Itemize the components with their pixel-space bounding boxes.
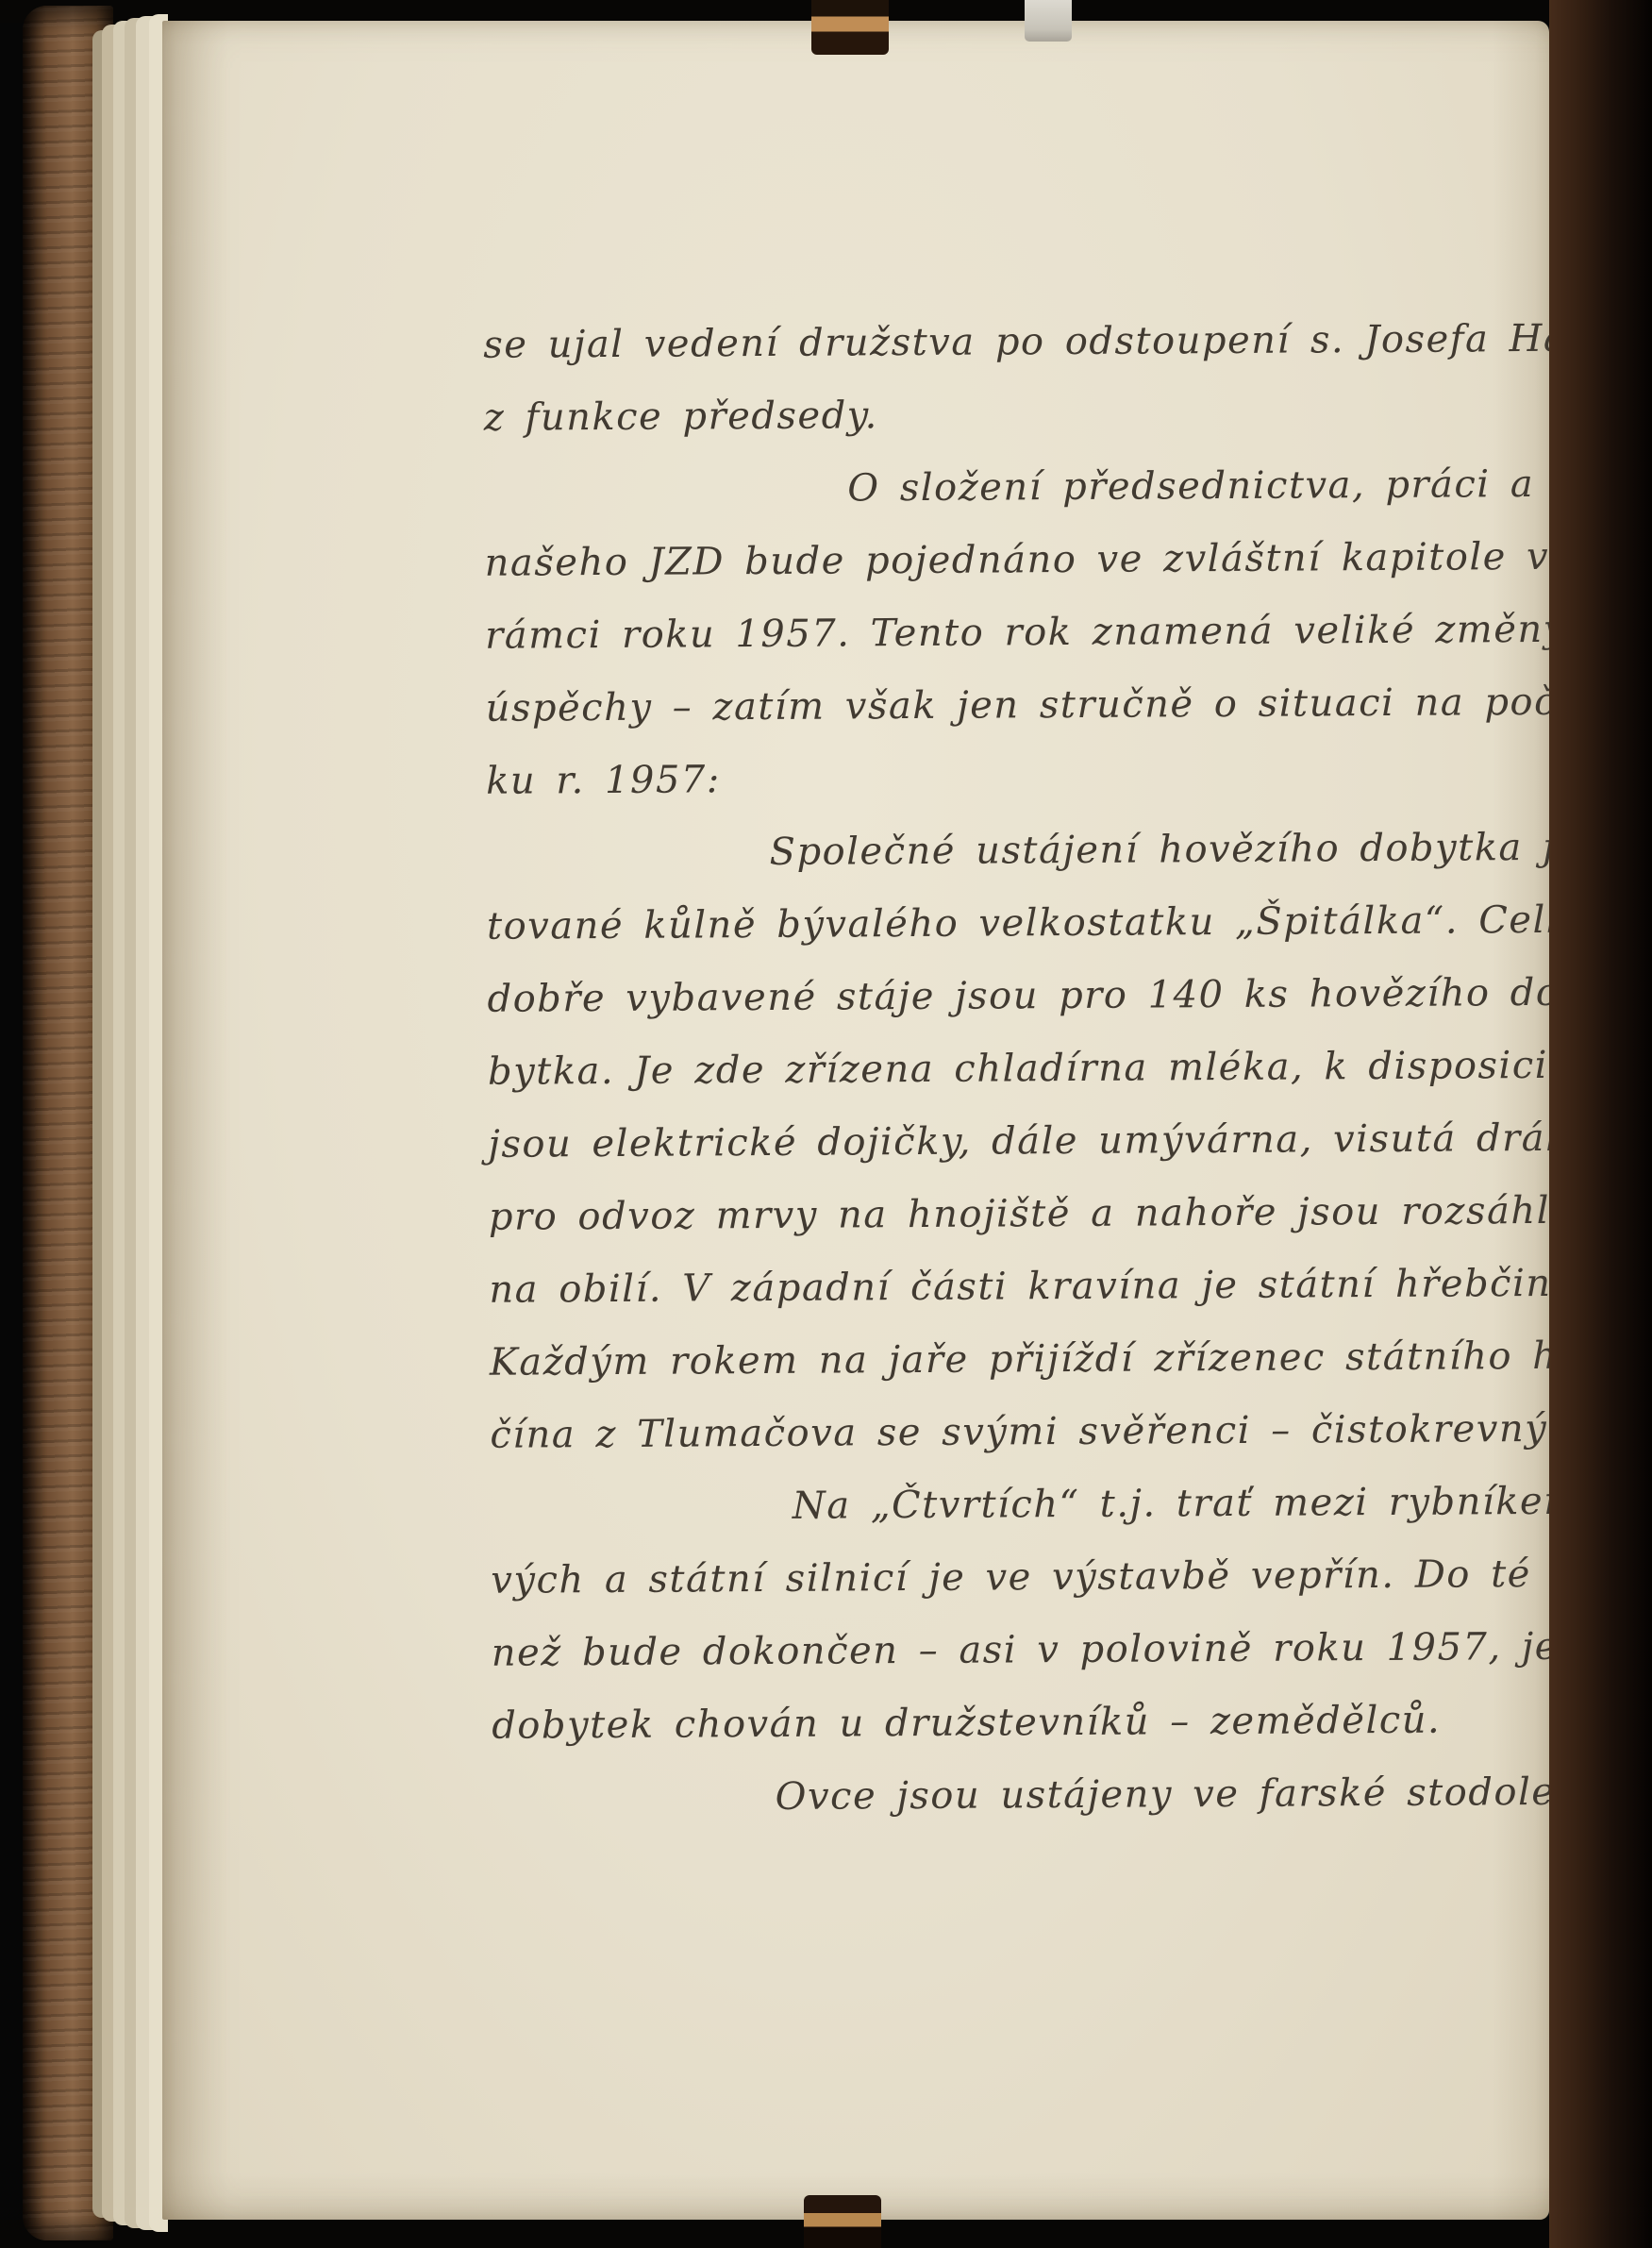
handwritten-line: než bude dokončen – asi v polovině roku … xyxy=(492,1610,1652,1690)
handwritten-line: našeho JZD bude pojednáno ve zvláštní ka… xyxy=(484,520,1652,600)
handwritten-line: se ujal vedení družstva po odstoupení s.… xyxy=(483,302,1652,382)
handwritten-line: dobře vybavené stáje jsou pro 140 ks hov… xyxy=(487,956,1652,1036)
handwritten-line: Ovce jsou ustájeny ve farské stodole ved… xyxy=(492,1755,1652,1836)
book-cover-right xyxy=(1549,0,1652,2248)
bookmark-ribbon xyxy=(1025,0,1072,42)
handwritten-line: ku r. 1957: xyxy=(486,738,1652,818)
handwritten-line: tované kůlně bývalého velkostatku „Špitá… xyxy=(487,883,1652,964)
handwritten-line: z funkce předsedy. xyxy=(484,375,1652,455)
handwritten-line: čína z Tlumačova se svými svěřenci – čis… xyxy=(490,1392,1652,1472)
handwritten-line: dobytek chován u družstevníků – zemědělc… xyxy=(492,1683,1652,1763)
handwritten-line: jsou elektrické dojičky, dále umývárna, … xyxy=(488,1101,1652,1182)
handwritten-line: bytka. Je zde zřízena chladírna mléka, k… xyxy=(488,1029,1652,1109)
handwritten-line: Na „Čtvrtích“ t.j. trať mezi rybníkem u … xyxy=(491,1465,1652,1545)
book-photo: se ujal vedení družstva po odstoupení s.… xyxy=(0,0,1652,2248)
handwritten-text: se ujal vedení družstva po odstoupení s.… xyxy=(483,302,1652,1836)
handwritten-line: vých a státní silnicí je ve výstavbě vep… xyxy=(491,1537,1652,1618)
handwritten-line: rámci roku 1957. Tento rok znamená velik… xyxy=(485,593,1652,673)
handwritten-line: Každým rokem na jaře přijíždí zřízenec s… xyxy=(490,1319,1652,1400)
chronicle-page: se ujal vedení družstva po odstoupení s.… xyxy=(162,21,1549,2220)
headband-top xyxy=(811,0,889,55)
handwritten-line: Společné ustájení hovězího dobytka je v … xyxy=(486,811,1652,891)
handwritten-line: pro odvoz mrvy na hnojiště a nahoře jsou… xyxy=(489,1174,1652,1254)
headband-bottom xyxy=(804,2195,881,2248)
handwritten-line: O složení předsednictva, práci a výsledc… xyxy=(484,447,1652,528)
handwritten-line: úspěchy – zatím však jen stručně o situa… xyxy=(485,665,1652,746)
handwritten-line: na obilí. V západní části kravína je stá… xyxy=(489,1247,1652,1327)
